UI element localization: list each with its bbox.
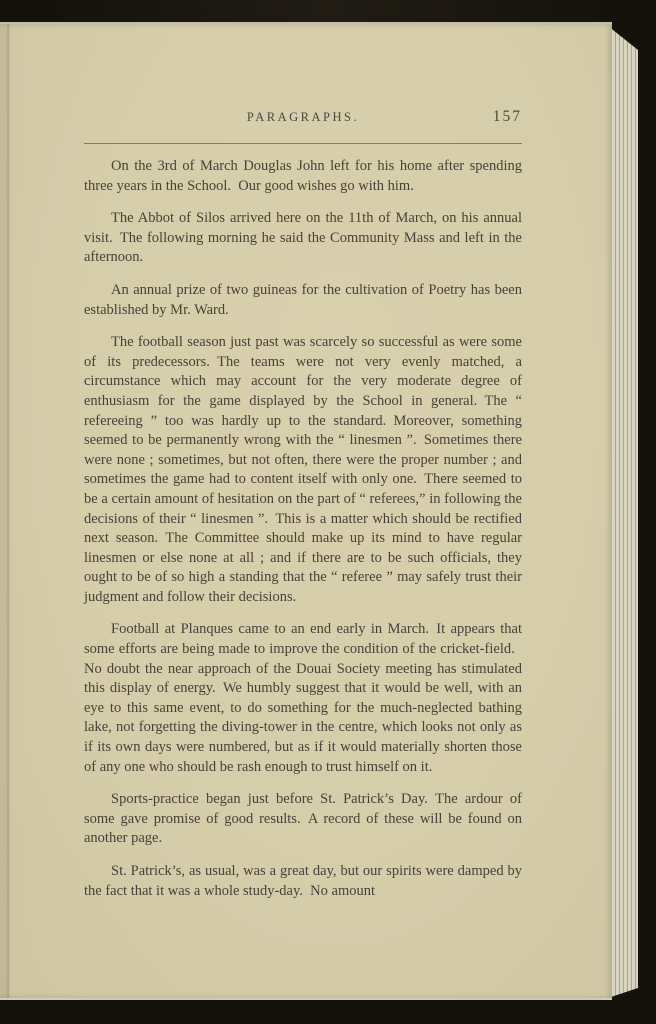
running-header-title: PARAGRAPHS.	[84, 110, 522, 125]
running-head: PARAGRAPHS. 157	[84, 110, 522, 134]
paragraph: Sports-practice began just before St. Pa…	[84, 790, 522, 849]
header-rule	[84, 143, 522, 144]
page-edge-stack	[608, 26, 638, 998]
paragraph: Football at Planques came to an end earl…	[84, 620, 522, 777]
page-number: 157	[493, 108, 522, 126]
page-content: PARAGRAPHS. 157 On the 3rd of March Doug…	[84, 110, 522, 901]
paragraph: The Abbot of Silos arrived here on the 1…	[84, 209, 522, 268]
page-body: On the 3rd of March Douglas John left fo…	[84, 157, 522, 901]
paragraph: St. Patrick’s, as usual, was a great day…	[84, 862, 522, 901]
paragraph: An annual prize of two guineas for the c…	[84, 281, 522, 320]
book-binding: PARAGRAPHS. 157 On the 3rd of March Doug…	[0, 0, 656, 1024]
scanned-page: PARAGRAPHS. 157 On the 3rd of March Doug…	[0, 22, 612, 1000]
paragraph: On the 3rd of March Douglas John left fo…	[84, 157, 522, 196]
paragraph: The football season just past was scarce…	[84, 333, 522, 607]
